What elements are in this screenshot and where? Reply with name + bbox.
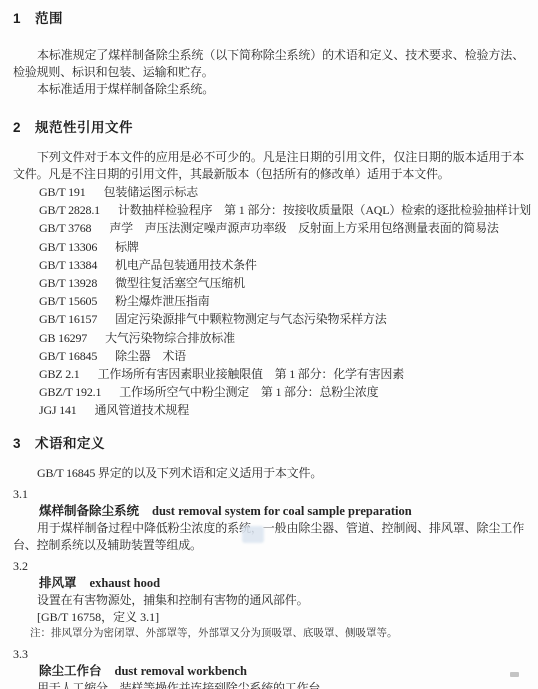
reference-item: GB/T 2828.1计数抽样检验程序 第 1 部分：按接收质量限（AQL）检索… [39,201,524,219]
reference-title: 包装储运图示标志 [104,185,198,199]
scope-paragraph-1: 本标准规定了煤样制备除尘系统（以下简称除尘系统）的术语和定义、技术要求、检验方法… [13,47,524,81]
section-number: 1 [13,11,21,26]
term-definition: 用于煤样制备过程中降低粉尘浓度的系统，一般由除尘器、管道、控制阀、排风罩、除尘工… [13,520,524,554]
term-definition: 设置在有害物源处，捕集和控制有害物的通风部件。 [13,592,524,609]
reference-item: GB 16297大气污染物综合排放标准 [39,329,524,347]
section-normative-references: 2规范性引用文件 下列文件对于本文件的应用是必不可少的。凡是注日期的引用文件，仅… [13,119,524,420]
section-1-heading: 1范围 [13,10,524,28]
term-chinese: 除尘工作台 [39,664,102,678]
reference-item: GB/T 13384机电产品包装通用技术条件 [39,256,524,274]
terms-intro: GB/T 16845 界定的以及下列术语和定义适用于本文件。 [13,465,524,482]
reference-code: GB/T 13928 [39,276,97,290]
reference-item: GBZ 2.1工作场所有害因素职业接触限值 第 1 部分：化学有害因素 [39,365,524,383]
section-title: 规范性引用文件 [35,120,133,135]
reference-code: GB/T 16157 [39,312,97,326]
term-clause-number: 3.1 [13,486,524,503]
reference-title: 固定污染源排气中颗粒物测定与气态污染物采样方法 [115,312,386,326]
section-title: 范围 [35,11,63,26]
reference-item: GBZ/T 192.1工作场所空气中粉尘测定 第 1 部分：总粉尘浓度 [39,383,524,401]
reference-item: GB/T 13306标牌 [39,238,524,256]
watermark-artifact [242,526,264,543]
term-heading: 排风罩exhaust hood [13,575,524,592]
term-3-2: 3.2 排风罩exhaust hood 设置在有害物源处，捕集和控制有害物的通风… [13,558,524,642]
reference-title: 微型往复活塞空气压缩机 [115,276,245,290]
reference-code: GB 16297 [39,331,87,345]
term-source-citation: [GB/T 16758，定义 3.1] [13,609,524,626]
reference-title: 工作场所空气中粉尘测定 第 1 部分：总粉尘浓度 [119,385,378,399]
reference-item: GB/T 13928微型往复活塞空气压缩机 [39,274,524,292]
term-3-1: 3.1 煤样制备除尘系统dust removal system for coal… [13,486,524,554]
reference-code: JGJ 141 [39,403,77,417]
section-number: 3 [13,436,21,451]
document-page: 1范围 本标准规定了煤样制备除尘系统（以下简称除尘系统）的术语和定义、技术要求、… [0,0,538,689]
term-heading: 煤样制备除尘系统dust removal system for coal sam… [13,503,524,520]
section-scope: 1范围 本标准规定了煤样制备除尘系统（以下简称除尘系统）的术语和定义、技术要求、… [13,10,524,98]
reference-item: GB/T 15605粉尘爆炸泄压指南 [39,292,524,310]
term-chinese: 煤样制备除尘系统 [39,504,139,518]
reference-code: GBZ/T 192.1 [39,385,101,399]
reference-code: GB/T 13306 [39,240,97,254]
section-2-heading: 2规范性引用文件 [13,119,524,137]
term-chinese: 排风罩 [39,576,77,590]
term-definition: 用于人工缩分、装样等操作并连接到除尘系统的工作台。 [13,680,524,689]
reference-title: 声学 声压法测定噪声源声功率级 反射面上方采用包络测量表面的简易法 [109,221,498,235]
reference-title: 通风管道技术规程 [95,403,189,417]
reference-item: GB/T 3768声学 声压法测定噪声源声功率级 反射面上方采用包络测量表面的简… [39,219,524,237]
term-3-3: 3.3 除尘工作台dust removal workbench 用于人工缩分、装… [13,646,524,689]
term-note: 注：排风罩分为密闭罩、外部罩等，外部罩又分为顶吸罩、底吸罩、侧吸罩等。 [30,626,524,642]
section-title: 术语和定义 [35,436,105,451]
reference-title: 标牌 [115,240,139,254]
reference-title: 大气污染物综合排放标准 [105,331,235,345]
reference-item: GB/T 16845除尘器 术语 [39,347,524,365]
reference-title: 计数抽样检验程序 第 1 部分：按接收质量限（AQL）检索的逐批检验抽样计划 [118,203,531,217]
reference-code: GB/T 16845 [39,349,97,363]
reference-title: 机电产品包装通用技术条件 [115,258,257,272]
reference-item: GB/T 16157固定污染源排气中颗粒物测定与气态污染物采样方法 [39,310,524,328]
reference-code: GB/T 15605 [39,294,97,308]
term-english: dust removal system for coal sample prep… [152,504,412,518]
reference-code: GB/T 13384 [39,258,97,272]
reference-list: GB/T 191包装储运图示标志 GB/T 2828.1计数抽样检验程序 第 1… [13,183,524,420]
reference-item: GB/T 191包装储运图示标志 [39,183,524,201]
term-english: dust removal workbench [115,664,247,678]
reference-title: 除尘器 术语 [115,349,186,363]
term-clause-number: 3.2 [13,558,524,575]
term-heading: 除尘工作台dust removal workbench [13,663,524,680]
references-intro: 下列文件对于本文件的应用是必不可少的。凡是注日期的引用文件，仅注日期的版本适用于… [13,149,524,183]
reference-code: GB/T 3768 [39,221,91,235]
scan-smudge-artifact [510,672,519,677]
section-number: 2 [13,120,21,135]
section-terms-definitions: 3术语和定义 GB/T 16845 界定的以及下列术语和定义适用于本文件。 3.… [13,435,524,689]
reference-code: GBZ 2.1 [39,367,80,381]
reference-title: 工作场所有害因素职业接触限值 第 1 部分：化学有害因素 [98,367,404,381]
reference-code: GB/T 2828.1 [39,203,100,217]
reference-title: 粉尘爆炸泄压指南 [115,294,209,308]
term-clause-number: 3.3 [13,646,524,663]
reference-item: JGJ 141通风管道技术规程 [39,401,524,419]
scope-paragraph-2: 本标准适用于煤样制备除尘系统。 [13,81,524,98]
term-english: exhaust hood [90,576,161,590]
section-3-heading: 3术语和定义 [13,435,524,453]
reference-code: GB/T 191 [39,185,86,199]
